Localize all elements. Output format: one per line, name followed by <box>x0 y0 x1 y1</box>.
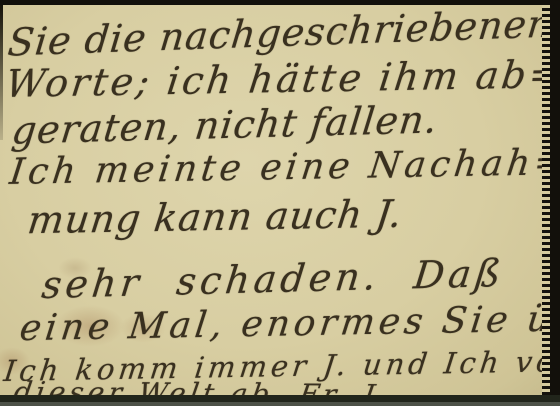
scanned-letter-card: Sie die nachgeschriebenen Worte; ich hät… <box>0 0 560 406</box>
scan-bed-band <box>0 395 560 402</box>
handwriting-line-5: mung kann auch J. <box>25 192 405 243</box>
handwriting-line-2: Worte; ich hätte ihm ab= <box>3 52 548 106</box>
scan-bed-strip <box>0 402 560 406</box>
handwriting-line-4: Ich meinte eine Nachah= <box>8 142 548 193</box>
handwriting-line-6: sehr schaden. Daß <box>40 251 507 307</box>
perforated-edge <box>542 5 550 395</box>
handwriting-line-9: dieser Welt ab. Fr. J. <box>12 375 392 395</box>
handwriting-line-3: geraten, nicht fallen. <box>10 97 441 152</box>
letter-card-paper: Sie die nachgeschriebenen Worte; ich hät… <box>0 5 548 395</box>
scan-edge-shadow <box>0 5 3 140</box>
